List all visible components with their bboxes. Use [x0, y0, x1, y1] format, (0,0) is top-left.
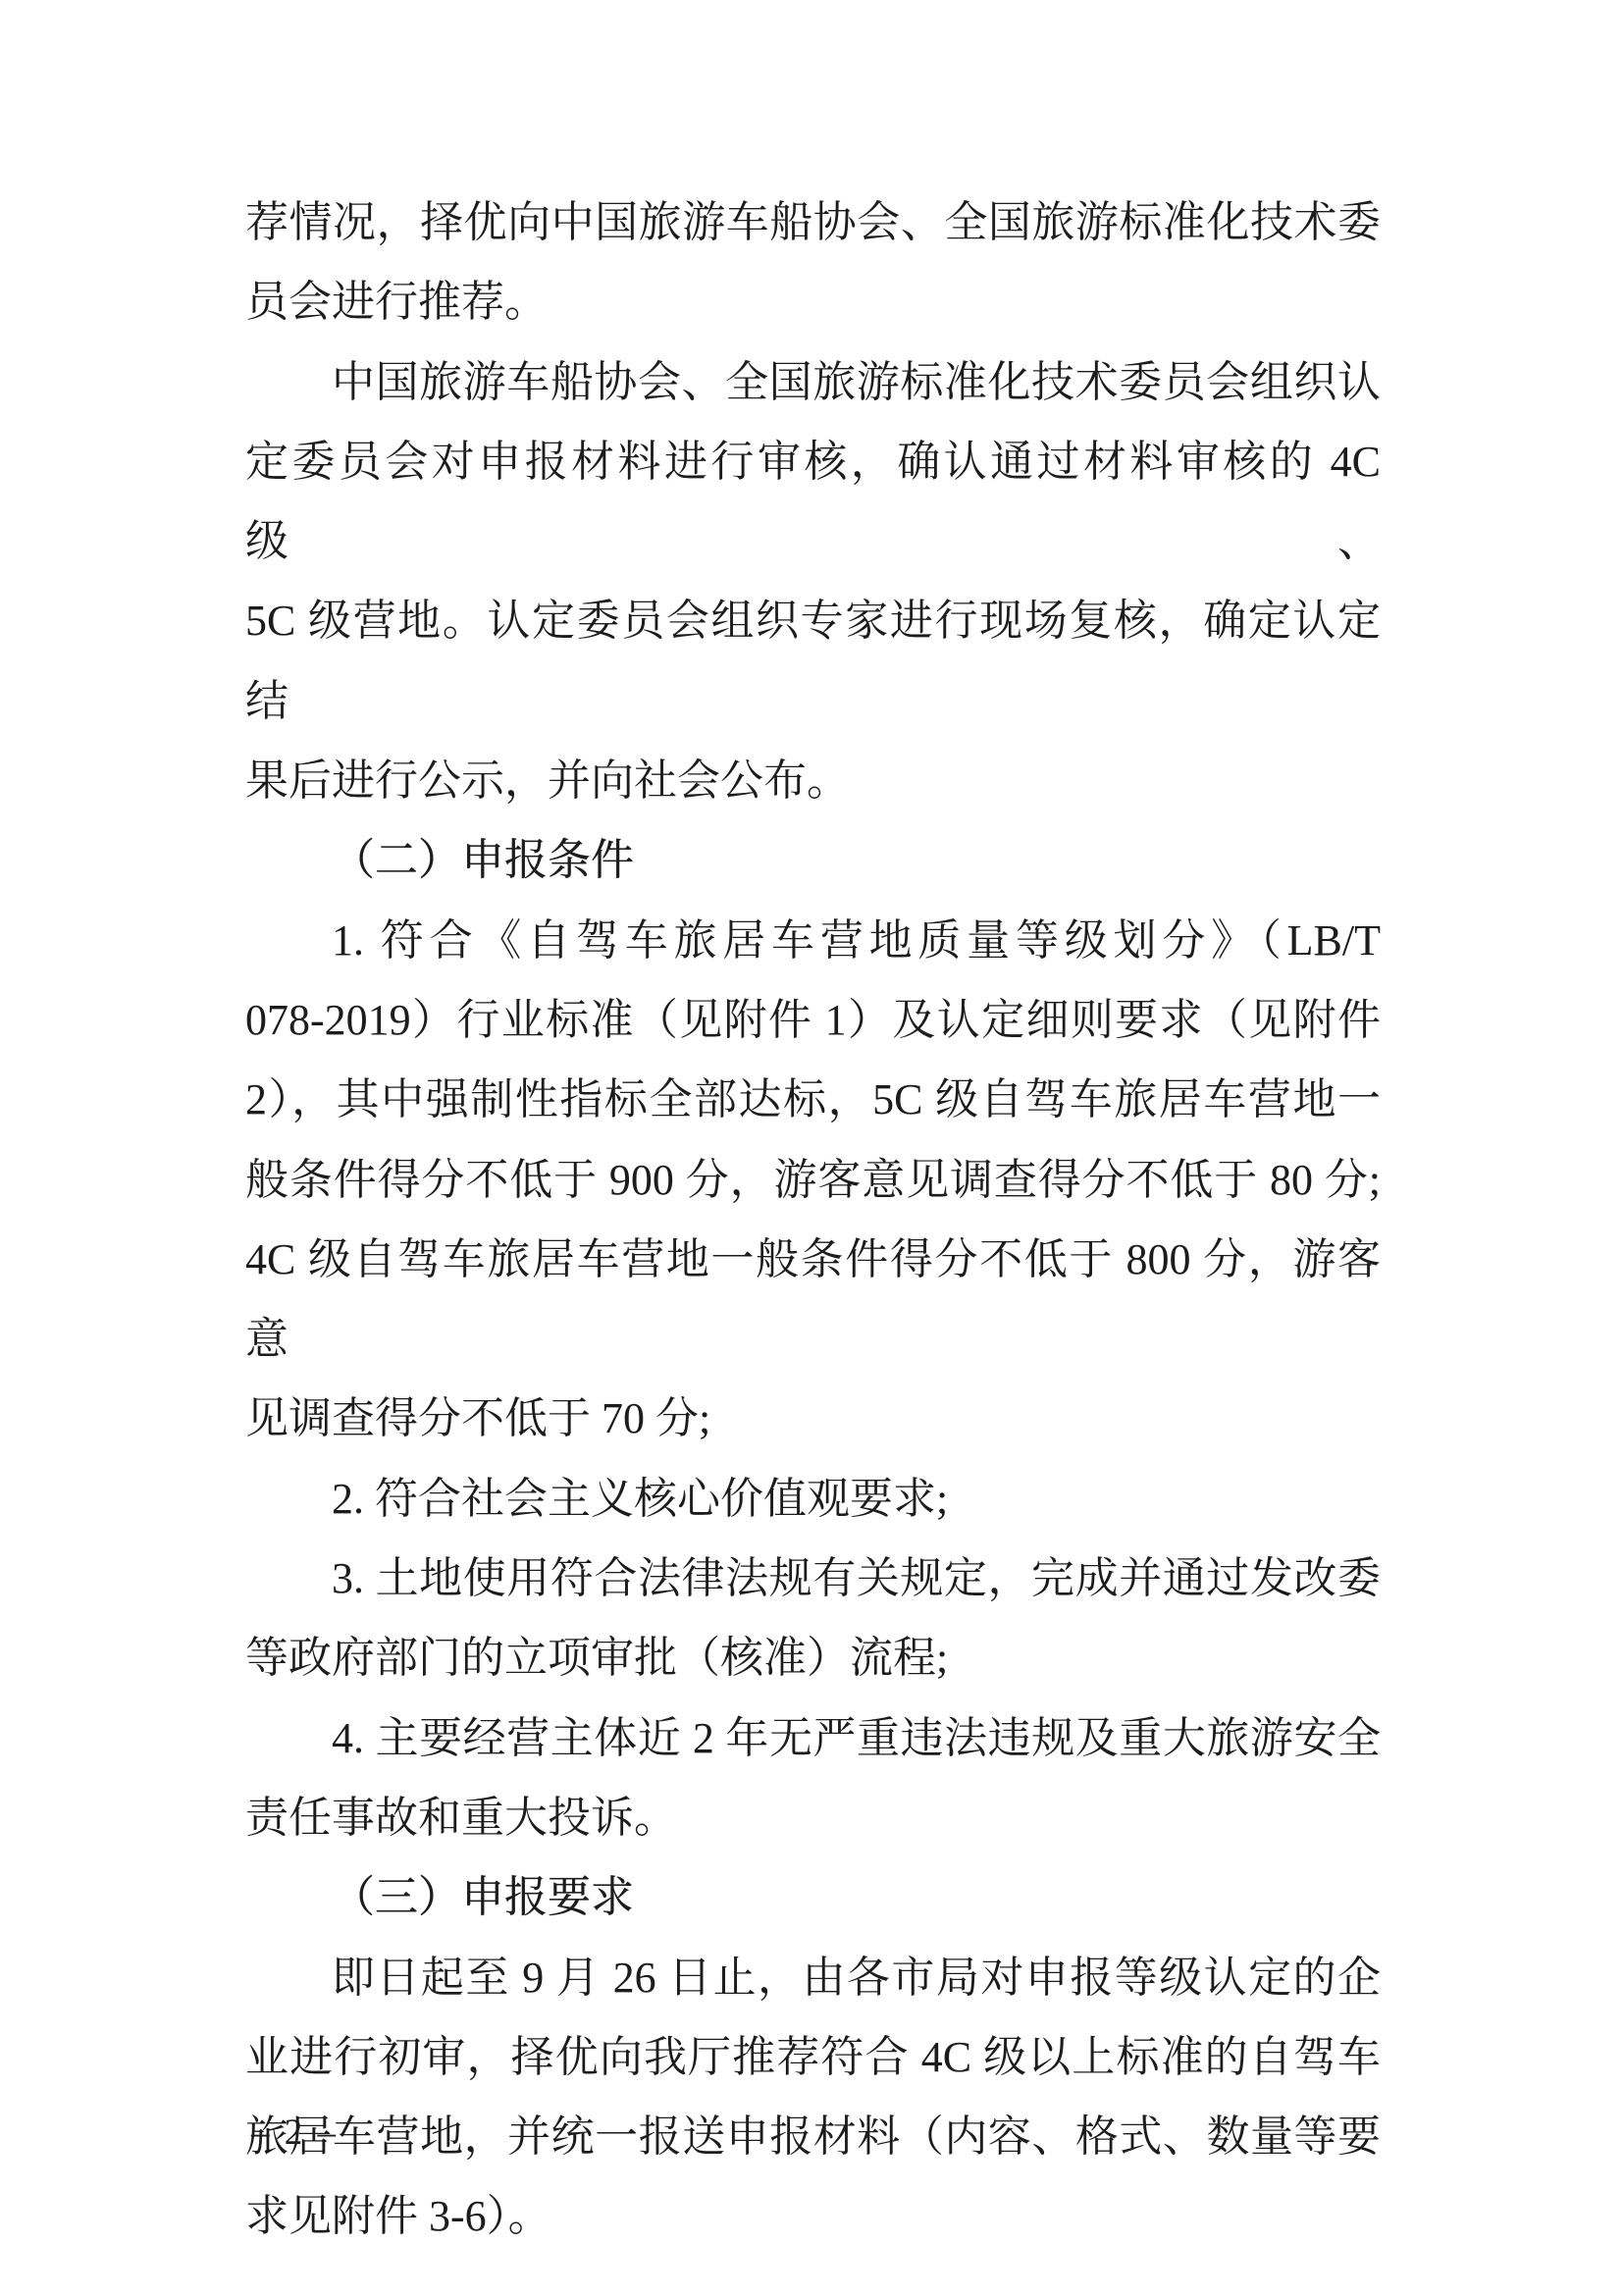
text-line: 078-2019）行业标准（见附件 1）及认定细则要求（见附件	[245, 980, 1381, 1060]
text-line: 般条件得分不低于 900 分，游客意见调查得分不低于 80 分;	[245, 1140, 1381, 1220]
text-line: 3. 土地使用符合法律法规有关规定，完成并通过发改委	[245, 1539, 1381, 1618]
text-line: 见调查得分不低于 70 分;	[245, 1379, 1381, 1458]
text-line: 业进行初审，择优向我厅推荐符合 4C 级以上标准的自驾车	[245, 2017, 1381, 2097]
text-line: 中国旅游车船协会、全国旅游标准化技术委员会组织认	[245, 342, 1381, 422]
text-line: 责任事故和重大投诉。	[245, 1778, 1381, 1857]
text-line: 即日起至 9 月 26 日止，由各市局对申报等级认定的企	[245, 1938, 1381, 2017]
text-line: 2. 符合社会主义核心价值观要求;	[245, 1459, 1381, 1539]
text-line: 1. 符合《自驾车旅居车营地质量等级划分》（LB/T	[245, 901, 1381, 980]
text-line: 2），其中强制性指标全部达标，5C 级自驾车旅居车营地一	[245, 1060, 1381, 1139]
scanned-document-page: 荐情况，择优向中国旅游车船协会、全国旅游标准化技术委 员会进行推荐。 中国旅游车…	[0, 0, 1623, 2296]
document-body: 荐情况，择优向中国旅游车船协会、全国旅游标准化技术委 员会进行推荐。 中国旅游车…	[245, 183, 1381, 2257]
text-line: 4. 主要经营主体近 2 年无严重违法违规及重大旅游安全	[245, 1698, 1381, 1778]
text-line: 旅居车营地，并统一报送申报材料（内容、格式、数量等要	[245, 2097, 1381, 2176]
text-line: 5C 级营地。认定委员会组织专家进行现场复核，确定认定结	[245, 581, 1381, 741]
text-line: 员会进行推荐。	[245, 262, 1381, 341]
text-line: 求见附件 3-6）。	[245, 2176, 1381, 2256]
section-heading: （二）申报条件	[245, 820, 1381, 900]
text-line: 定委员会对申报材料进行审核，确认通过材料审核的 4C 级、	[245, 422, 1381, 582]
section-heading: （三）申报要求	[245, 1857, 1381, 1937]
text-line: 4C 级自驾车旅居车营地一般条件得分不低于 800 分，游客意	[245, 1220, 1381, 1380]
text-line: 果后进行公示，并向社会公布。	[245, 741, 1381, 820]
text-line: 荐情况，择优向中国旅游车船协会、全国旅游标准化技术委	[245, 183, 1381, 262]
page-number: – 2 –	[251, 2112, 339, 2155]
text-line: 等政府部门的立项审批（核准）流程;	[245, 1618, 1381, 1697]
